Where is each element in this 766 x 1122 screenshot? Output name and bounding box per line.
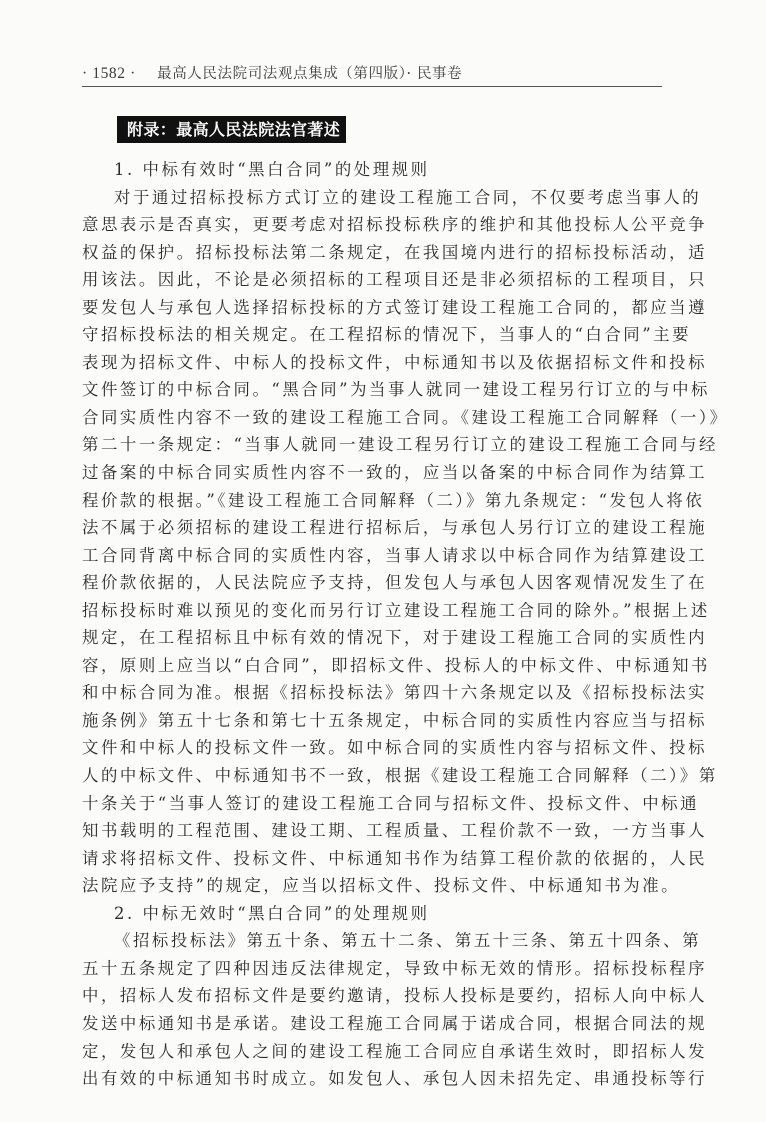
- book-title: 最高人民法院司法观点集成（第四版）· 民事卷: [157, 66, 462, 82]
- text-line: 施条例》第五十七条和第七十五条规定，中标合同的实质性内容应当与招标: [82, 707, 692, 735]
- text-line: 《招标投标法》第五十条、第五十二条、第五十三条、第五十四条、第: [82, 927, 692, 955]
- section-heading: 2. 中标无效时“黑白合同”的处理规则: [82, 900, 692, 928]
- text-line: 规定，在工程招标且中标有效的情况下，对于建设工程施工合同的实质性内: [82, 624, 692, 652]
- text-line: 法不属于必须招标的建设工程进行招标后，与承包人另行订立的建设工程施: [82, 514, 692, 542]
- text-line: 工合同背离中标合同的实质性内容，当事人请求以中标合同作为结算建设工: [82, 542, 692, 570]
- text-line: 发送中标通知书是承诺。建设工程施工合同属于诺成合同，根据合同法的规: [82, 1010, 692, 1038]
- page-number: · 1582 ·: [82, 65, 136, 82]
- text-line: 守招标投标法的相关规定。在工程招标的情况下，当事人的“白合同”主要: [82, 321, 692, 349]
- text-line: 表现为招标文件、中标人的投标文件，中标通知书以及依据招标文件和投标: [82, 349, 692, 377]
- text-line: 权益的保护。招标投标法第二条规定，在我国境内进行的招标投标活动，适: [82, 239, 692, 267]
- text-line: 程价款的根据。”《建设工程施工合同解释（二）》第九条规定：“发包人将依: [82, 487, 692, 515]
- appendix-banner: 附录：最高人民法院法官著述: [117, 116, 346, 143]
- text-line: 和中标合同为准。根据《招标投标法》第四十六条规定以及《招标投标法实: [82, 679, 692, 707]
- text-line: 招标投标时难以预见的变化而另行订立建设工程施工合同的除外。”根据上述: [82, 597, 692, 625]
- text-line: 要发包人与承包人选择招标投标的方式签订建设工程施工合同的，都应当遵: [82, 294, 692, 322]
- text-line: 过备案的中标合同实质性内容不一致的，应当以备案的中标合同作为结算工: [82, 459, 692, 487]
- text-line: 出有效的中标通知书时成立。如发包人、承包人因未招先定、串通投标等行: [82, 1065, 692, 1093]
- text-line: 用该法。因此，不论是必须招标的工程项目还是非必须招标的工程项目，只: [82, 266, 692, 294]
- text-line: 文件签订的中标合同。“黑合同”为当事人就同一建设工程另行订立的与中标: [82, 376, 692, 404]
- text-line: 法院应予支持”的规定，应当以招标文件、投标文件、中标通知书为准。: [82, 872, 692, 900]
- text-line: 意思表示是否真实，更要考虑对招标投标秩序的维护和其他投标人公平竞争: [82, 211, 692, 239]
- text-line: 中，招标人发布招标文件是要约邀请，投标人投标是要约，招标人向中标人: [82, 982, 692, 1010]
- text-line: 请求将招标文件、投标文件、中标通知书作为结算工程价款的依据的，人民: [82, 845, 692, 873]
- text-line: 定，发包人和承包人之间的建设工程施工合同应自承诺生效时，即招标人发: [82, 1038, 692, 1066]
- text-line: 容，原则上应当以“白合同”，即招标文件、投标人的中标文件、中标通知书: [82, 652, 692, 680]
- running-head: · 1582 · 最高人民法院司法观点集成（第四版）· 民事卷: [82, 62, 662, 84]
- section-heading: 1. 中标有效时“黑白合同”的处理规则: [82, 156, 692, 184]
- text-line: 知书载明的工程范围、建设工期、工程质量、工程价款不一致，一方当事人: [82, 817, 692, 845]
- text-line: 五十五条规定了四种因违反法律规定，导致中标无效的情形。招标投标程序: [82, 955, 692, 983]
- header-rule: [82, 86, 662, 87]
- text-line: 程价款依据的，人民法院应予支持，但发包人与承包人因客观情况发生了在: [82, 569, 692, 597]
- text-line: 合同实质性内容不一致的建设工程施工合同。《建设工程施工合同解释（一）》: [82, 404, 692, 432]
- text-line: 十条关于“当事人签订的建设工程施工合同与招标文件、投标文件、中标通: [82, 790, 692, 818]
- text-line: 对于通过招标投标方式订立的建设工程施工合同，不仅要考虑当事人的: [82, 184, 692, 212]
- text-line: 文件和中标人的投标文件一致。如中标合同的实质性内容与招标文件、投标: [82, 734, 692, 762]
- text-line: 第二十一条规定：“当事人就同一建设工程另行订立的建设工程施工合同与经: [82, 431, 692, 459]
- body-text: 1. 中标有效时“黑白合同”的处理规则对于通过招标投标方式订立的建设工程施工合同…: [82, 156, 692, 1093]
- text-line: 人的中标文件、中标通知书不一致，根据《建设工程施工合同解释（二）》第: [82, 762, 692, 790]
